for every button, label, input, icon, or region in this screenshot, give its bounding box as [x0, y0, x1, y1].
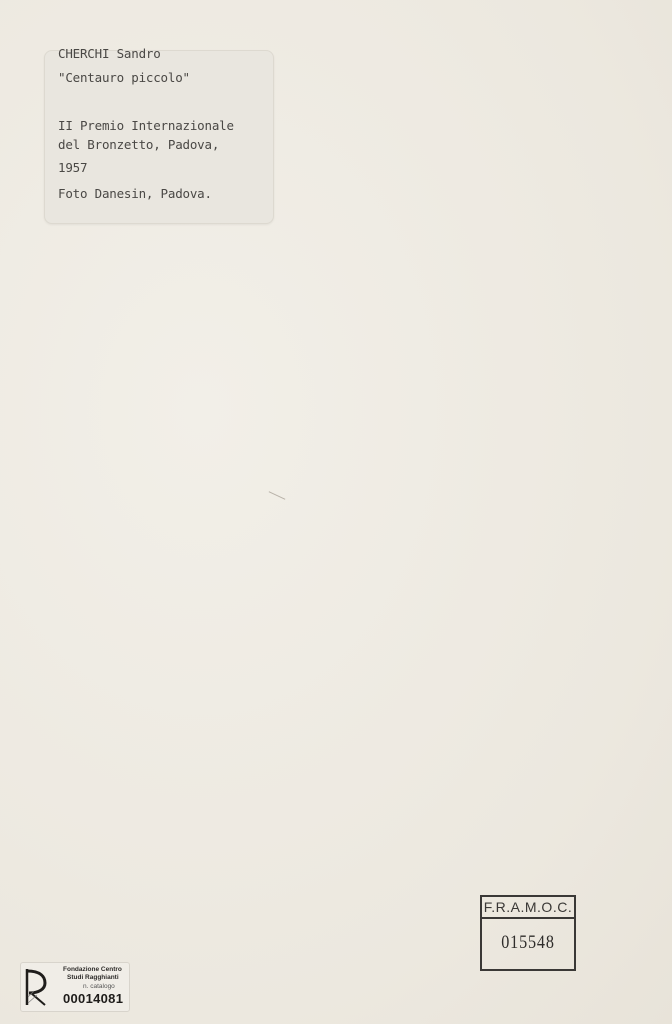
- exhibition-year: 1957: [58, 160, 87, 175]
- stamp-number: 015548: [489, 919, 567, 967]
- exhibition-line-1: II Premio Internazionale: [58, 118, 234, 133]
- catalog-sticker: Fondazione Centro Studi Ragghianti n. ca…: [20, 962, 130, 1012]
- artwork-title: "Centauro piccolo": [58, 70, 190, 85]
- catalog-number: 00014081: [63, 991, 123, 1006]
- org-name-line-2: Studi Ragghianti: [67, 974, 119, 981]
- exhibition-line-2: del Bronzetto, Padova,: [58, 137, 219, 152]
- artist-name: CHERCHI Sandro: [58, 46, 161, 61]
- framoc-stamp: F.R.A.M.O.C. 015548: [480, 895, 576, 971]
- photo-credit: Foto Danesin, Padova.: [58, 186, 212, 201]
- fondazione-r-logo-icon: [25, 967, 47, 1007]
- stamp-heading: F.R.A.M.O.C.: [482, 897, 574, 919]
- pencil-mark: [269, 491, 286, 500]
- catalog-label: n. catalogo: [83, 983, 115, 990]
- org-name-line-1: Fondazione Centro: [63, 966, 122, 973]
